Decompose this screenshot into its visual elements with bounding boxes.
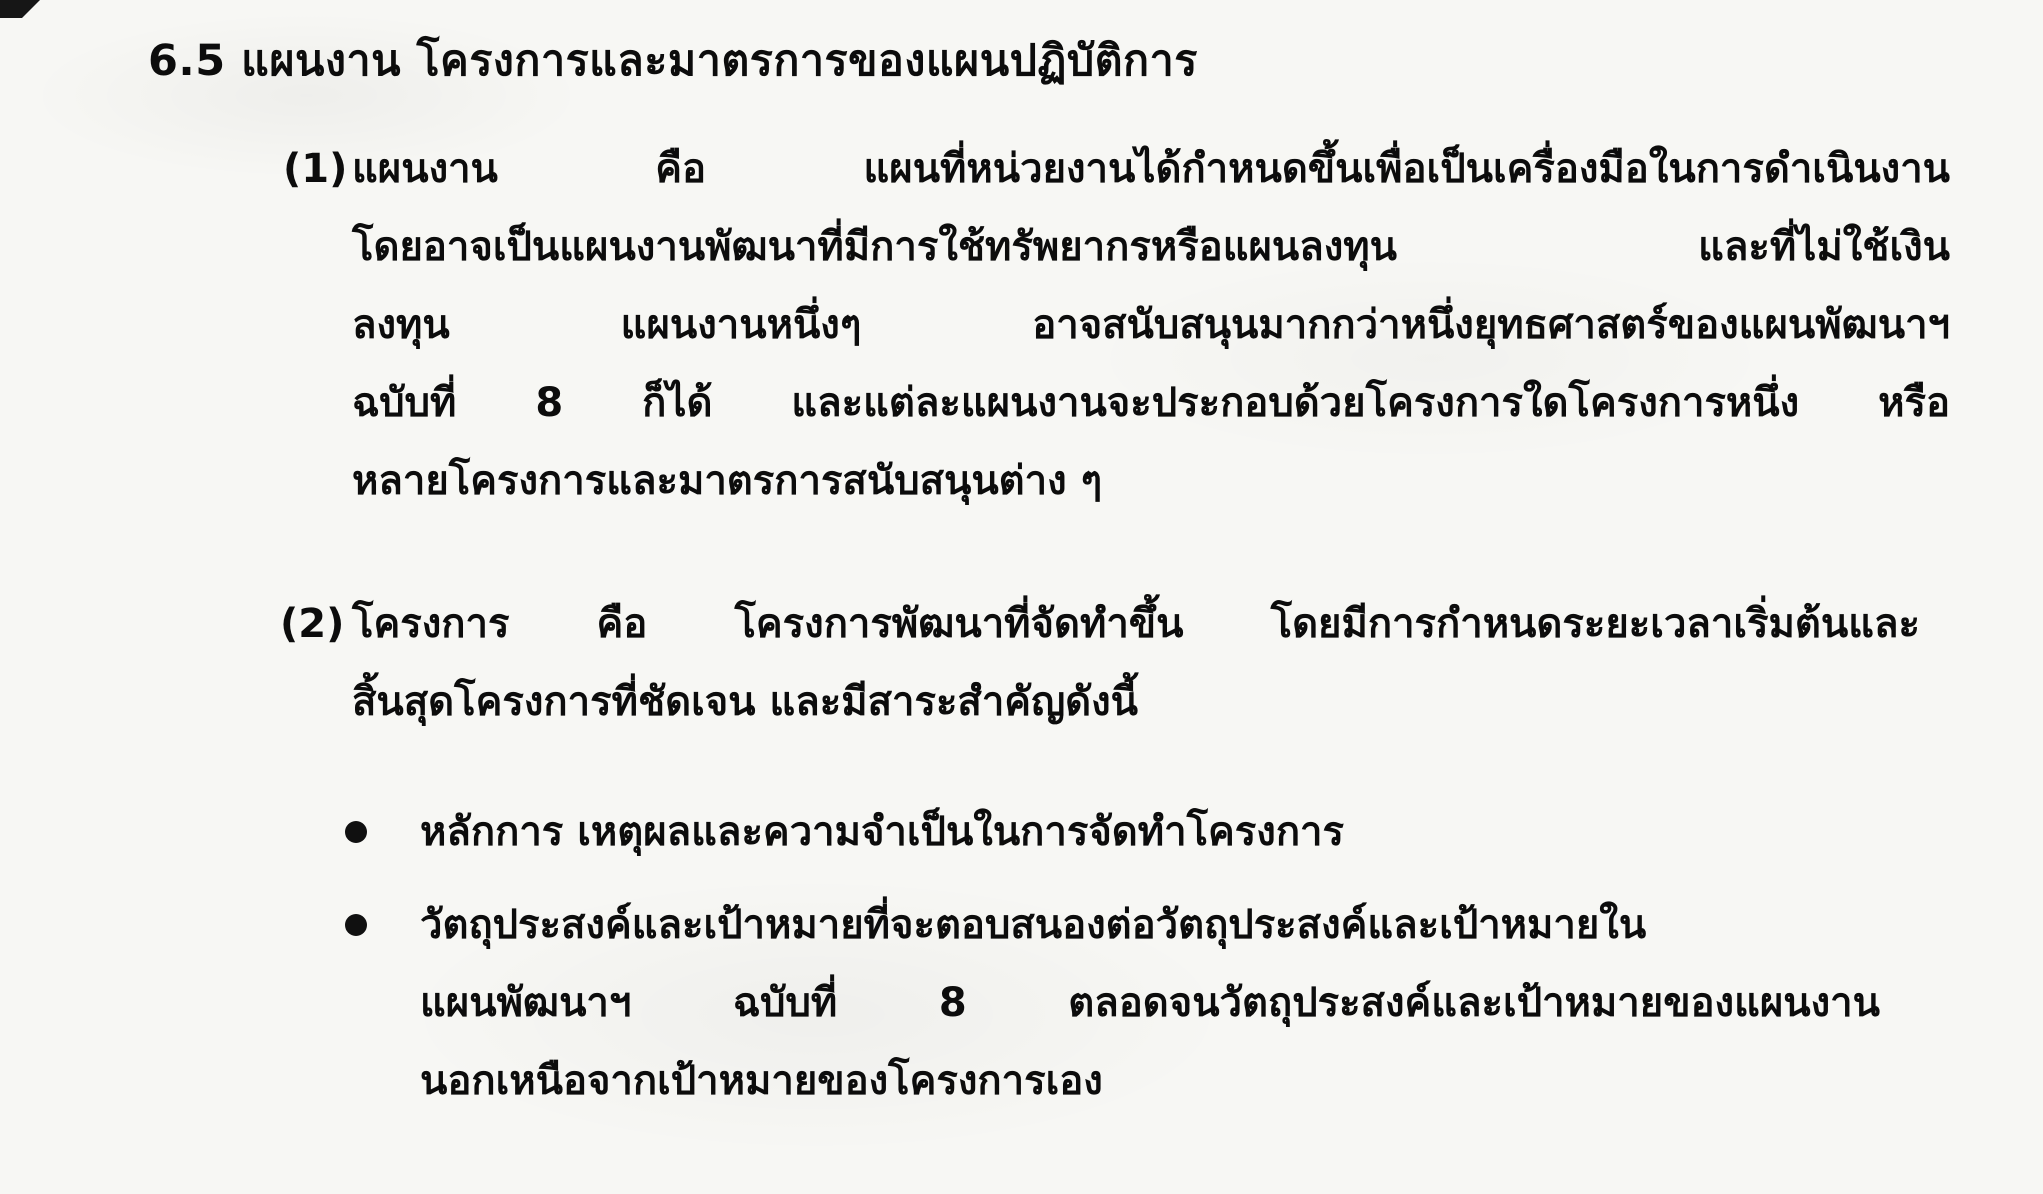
section-heading: 6.5 แผนงาน โครงการและมาตรการของแผนปฏิบัต… xyxy=(148,26,1548,94)
list-marker-1: (1) xyxy=(283,130,347,208)
bullet-icon xyxy=(345,821,367,843)
paragraph-1-line: หลายโครงการและมาตรการสนับสนุนต่าง ๆ xyxy=(352,442,1102,520)
paragraph-1-line: โดยอาจเป็นแผนงานพัฒนาที่มีการใช้ทรัพยากร… xyxy=(352,208,1950,286)
bullet-2-line: นอกเหนือจากเป้าหมายของโครงการเอง xyxy=(420,1042,1103,1120)
paragraph-2-line: สิ้นสุดโครงการที่ชัดเจน และมีสาระสำคัญดั… xyxy=(352,663,1138,741)
list-marker-2: (2) xyxy=(280,585,344,663)
paragraph-1-line: แผนงาน คือ แผนที่หน่วยงานได้กำหนดขึ้นเพื… xyxy=(352,130,1950,208)
bullet-2-line: แผนพัฒนาฯ ฉบับที่ 8 ตลอดจนวัตถุประสงค์แล… xyxy=(420,964,1880,1042)
bullet-icon xyxy=(345,914,367,936)
scan-artifact-corner xyxy=(0,0,40,18)
scanned-document-page: 6.5 แผนงาน โครงการและมาตรการของแผนปฏิบัต… xyxy=(0,0,2043,1194)
paragraph-1-line: ฉบับที่ 8 ก็ได้ และแต่ละแผนงานจะประกอบด้… xyxy=(352,364,1950,442)
bullet-2-line: วัตถุประสงค์และเป้าหมายที่จะตอบสนองต่อวั… xyxy=(420,886,1910,964)
bullet-1-line: หลักการ เหตุผลและความจำเป็นในการจัดทำโคร… xyxy=(420,793,1344,871)
paragraph-2-line: โครงการ คือ โครงการพัฒนาที่จัดทำขึ้น โดย… xyxy=(352,585,1920,663)
paragraph-1-line: ลงทุน แผนงานหนึ่งๆ อาจสนับสนุนมากกว่าหนึ… xyxy=(352,286,1950,364)
